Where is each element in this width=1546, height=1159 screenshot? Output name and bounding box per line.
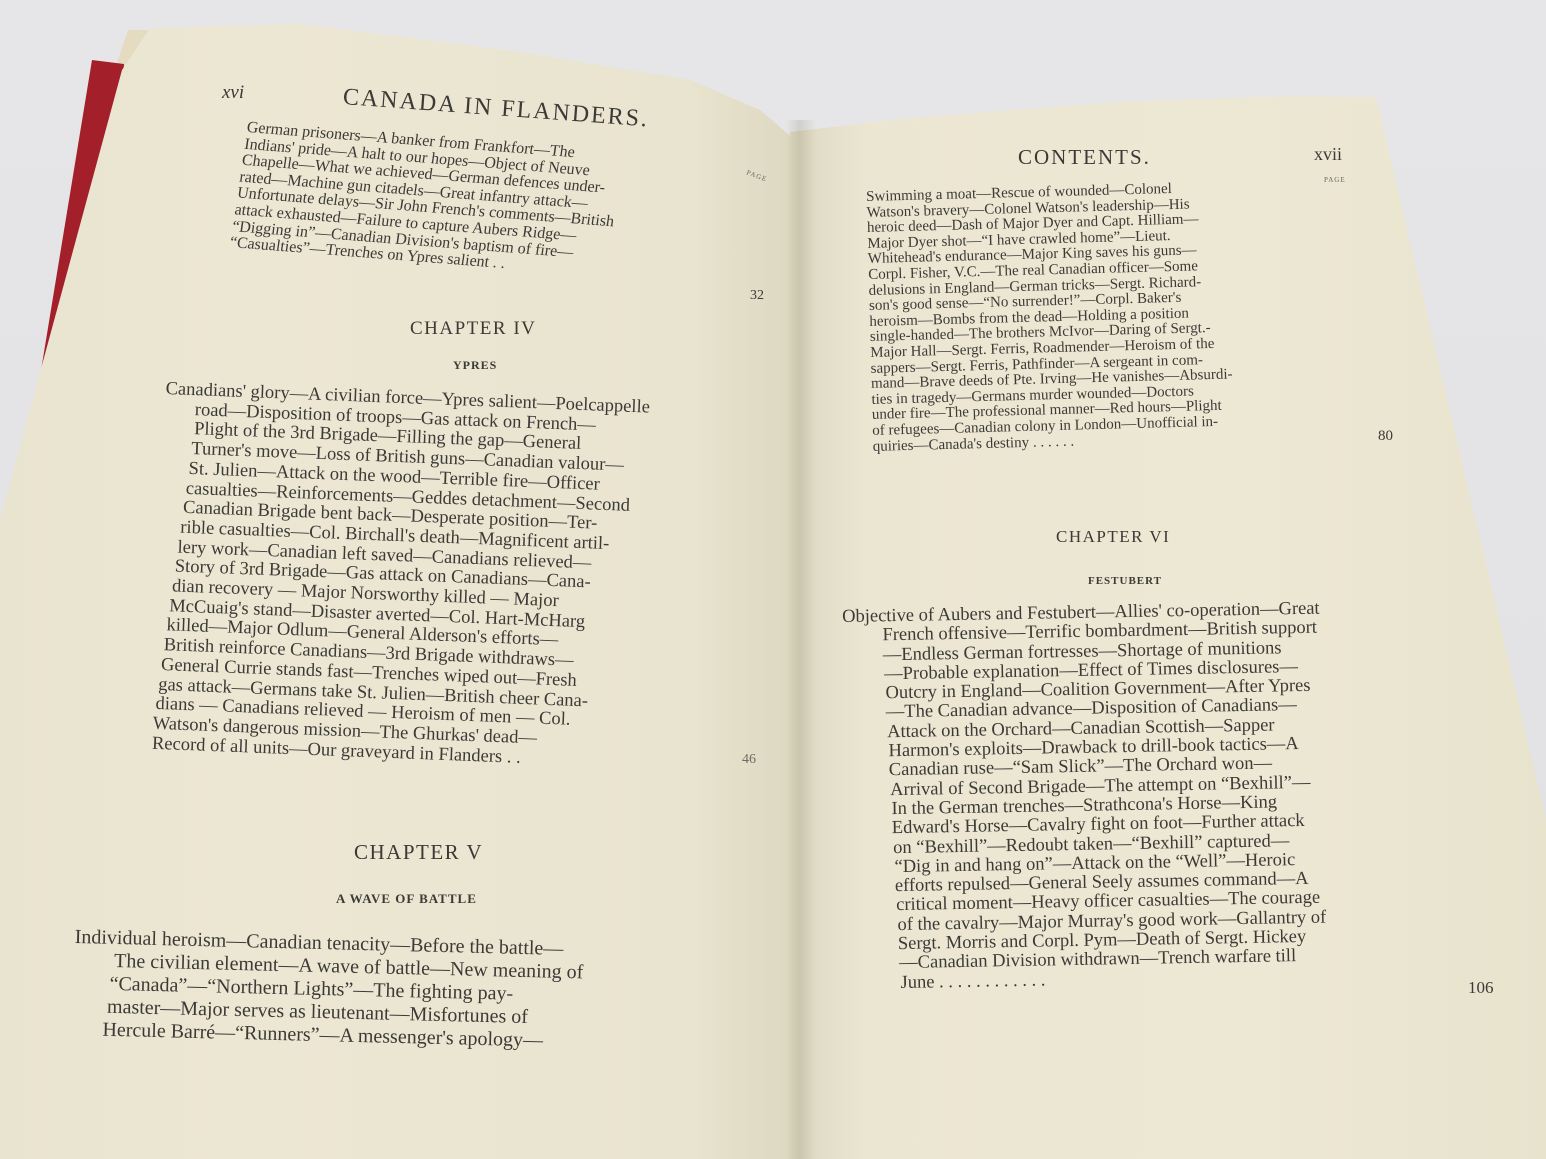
page-column-label: PAGE xyxy=(745,169,768,184)
chapter-vi-title: FESTUBERT xyxy=(1088,575,1162,587)
chapter-v-page-ref: 80 xyxy=(1378,428,1393,445)
chapter-v-continued-summary: Swimming a moat—Rescue of wounded—Colone… xyxy=(866,177,1353,455)
chapter-iv-summary: Canadians' glory—A civilian force—Ypres … xyxy=(152,380,746,776)
chapter-v-heading: CHAPTER V xyxy=(354,840,483,865)
chapter-iii-page-ref: 32 xyxy=(750,288,764,304)
book-gutter xyxy=(786,120,816,1159)
chapter-vi-heading: CHAPTER VI xyxy=(1056,527,1170,547)
chapter-iv-heading: CHAPTER IV xyxy=(410,318,536,340)
chapter-vi-page-ref: 106 xyxy=(1468,978,1494,998)
left-page-number: xvi xyxy=(222,82,244,104)
chapter-iv-title: YPRES xyxy=(453,358,497,373)
right-page-number: xvii xyxy=(1314,144,1342,165)
running-head-title: CANADA IN FLANDERS. xyxy=(342,84,650,133)
right-page: CONTENTS. xvii PAGE Swimming a moat—Resc… xyxy=(790,0,1546,1159)
chapter-iii-summary: German prisoners—A banker from Frankfort… xyxy=(229,120,737,289)
left-page: xvi CANADA IN FLANDERS. PAGE German pris… xyxy=(0,0,810,1159)
chapter-v-title: A WAVE OF BATTLE xyxy=(336,891,477,907)
running-head-contents: CONTENTS. xyxy=(1018,145,1151,170)
chapter-iv-page-ref: 46 xyxy=(742,752,756,768)
chapter-vi-summary: Objective of Aubers and Festubert—Allies… xyxy=(842,597,1489,994)
chapter-v-summary: Individual heroism—Canadian tenacity—Bef… xyxy=(72,926,725,1057)
